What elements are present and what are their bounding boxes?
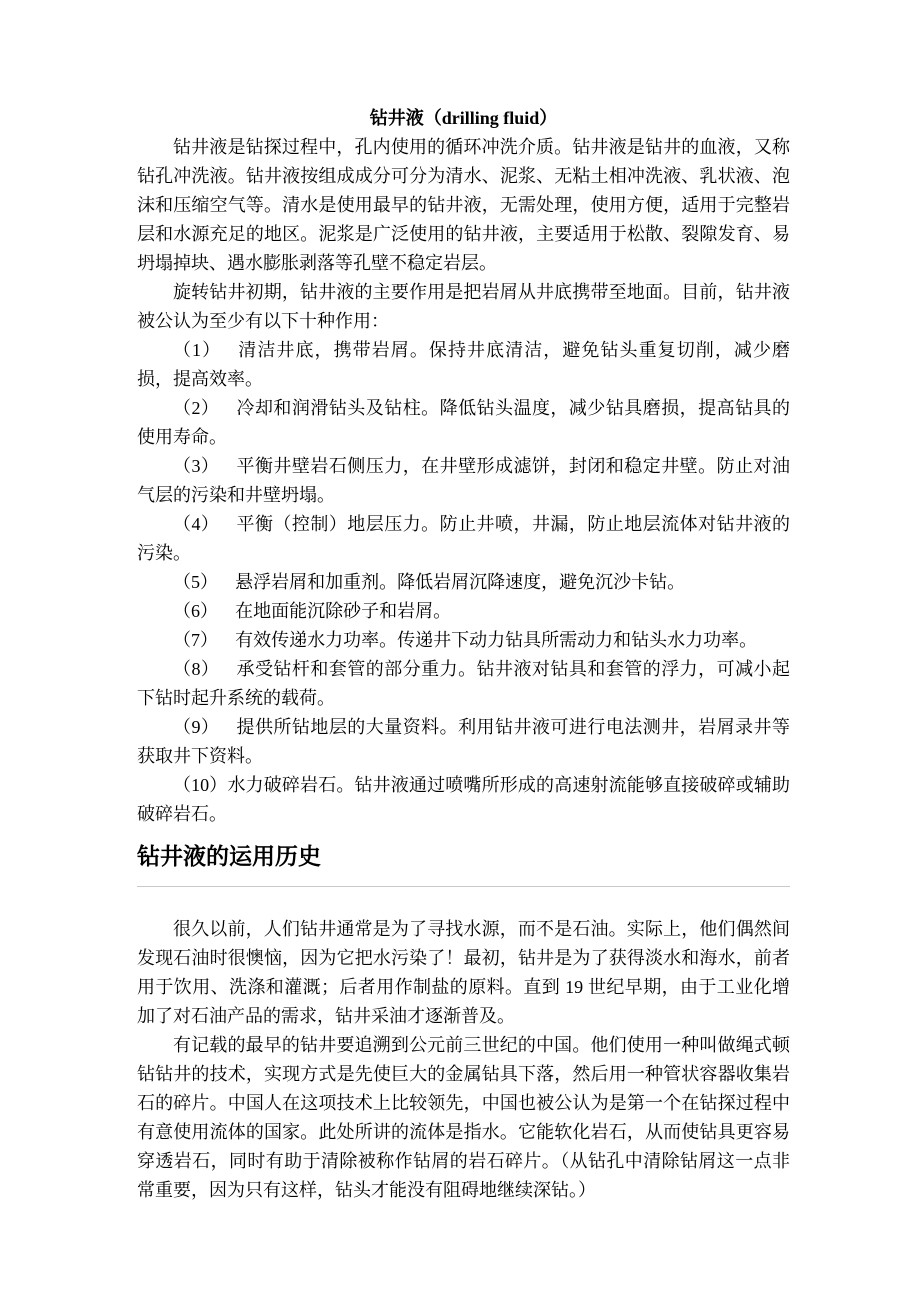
item-number: （5） [173, 572, 218, 592]
paragraph-history-2: 有记载的最早的钻井要追溯到公元前三世纪的中国。他们使用一种叫做绳式顿钻钻井的技术… [137, 1031, 790, 1205]
item-number: （8） [173, 659, 219, 679]
item-text: 平衡（控制）地层压力。防止井喷，井漏，防止地层流体对钻井液的污染。 [137, 514, 790, 563]
item-text: 提供所钻地层的大量资料。利用钻井液可进行电法测井，岩屑录井等获取井下资料。 [137, 717, 790, 766]
item-text: 在地面能沉除砂子和岩屑。 [235, 601, 451, 621]
function-item-1: （1）清洁井底，携带岩屑。保持井底清洁，避免钻头重复切削，减少磨损，提高效率。 [137, 336, 790, 394]
function-item-2: （2）冷却和润滑钻头及钻柱。降低钻头温度，减少钻具磨损，提高钻具的使用寿命。 [137, 394, 790, 452]
function-item-4: （4）平衡（控制）地层压力。防止井喷，井漏，防止地层流体对钻井液的污染。 [137, 510, 790, 568]
function-item-8: （8）承受钻杆和套管的部分重力。钻井液对钻具和套管的浮力，可减小起下钻时起升系统… [137, 655, 790, 713]
item-text: 清洁井底，携带岩屑。保持井底清洁，避免钻头重复切削，减少磨损，提高效率。 [137, 340, 790, 389]
paragraph-intro: 钻井液是钻探过程中，孔内使用的循环冲洗介质。钻井液是钻井的血液，又称钻孔冲洗液。… [137, 133, 790, 278]
item-text: 水力破碎岩石。钻井液通过喷嘴所形成的高速射流能够直接破碎或辅助破碎岩石。 [137, 775, 790, 824]
document-page: 钻井液（drilling fluid） 钻井液是钻探过程中，孔内使用的循环冲洗介… [0, 0, 920, 1302]
item-number: （3） [173, 456, 219, 476]
function-item-7: （7）有效传递水力功率。传递井下动力钻具所需动力和钻头水力功率。 [137, 626, 790, 655]
paragraph-functions-intro: 旋转钻井初期，钻井液的主要作用是把岩屑从井底携带至地面。目前，钻井液被公认为至少… [137, 278, 790, 336]
function-item-3: （3）平衡井壁岩石侧压力，在井壁形成滤饼，封闭和稳定井壁。防止对油气层的污染和井… [137, 452, 790, 510]
function-item-5: （5）悬浮岩屑和加重剂。降低岩屑沉降速度，避免沉沙卡钻。 [137, 568, 790, 597]
function-item-9: （9）提供所钻地层的大量资料。利用钻井液可进行电法测井，岩屑录井等获取井下资料。 [137, 713, 790, 771]
item-number: （2） [173, 398, 219, 418]
item-number: （9） [173, 717, 219, 737]
item-text: 悬浮岩屑和加重剂。降低岩屑沉降速度，避免沉沙卡钻。 [235, 572, 685, 592]
item-text: 平衡井壁岩石侧压力，在井壁形成滤饼，封闭和稳定井壁。防止对油气层的污染和井壁坍塌… [137, 456, 790, 505]
item-text: 有效传递水力功率。传递井下动力钻具所需动力和钻头水力功率。 [235, 630, 757, 650]
paragraph-history-1: 很久以前，人们钻井通常是为了寻找水源，而不是石油。实际上，他们偶然间发现石油时很… [137, 915, 790, 1031]
function-item-10: （10）水力破碎岩石。钻井液通过喷嘴所形成的高速射流能够直接破碎或辅助破碎岩石。 [137, 771, 790, 829]
item-number: （4） [173, 514, 219, 534]
item-number: （10） [173, 775, 227, 795]
item-text: 承受钻杆和套管的部分重力。钻井液对钻具和套管的浮力，可减小起下钻时起升系统的载荷… [137, 659, 790, 708]
item-number: （6） [173, 601, 218, 621]
item-number: （7） [173, 630, 218, 650]
item-text: 冷却和润滑钻头及钻柱。降低钻头温度，减少钻具磨损，提高钻具的使用寿命。 [137, 398, 790, 447]
item-number: （1） [173, 340, 221, 360]
document-title: 钻井液（drilling fluid） [137, 104, 790, 133]
section-divider [137, 886, 790, 887]
section-heading: 钻井液的运用历史 [137, 840, 790, 874]
function-item-6: （6）在地面能沉除砂子和岩屑。 [137, 597, 790, 626]
